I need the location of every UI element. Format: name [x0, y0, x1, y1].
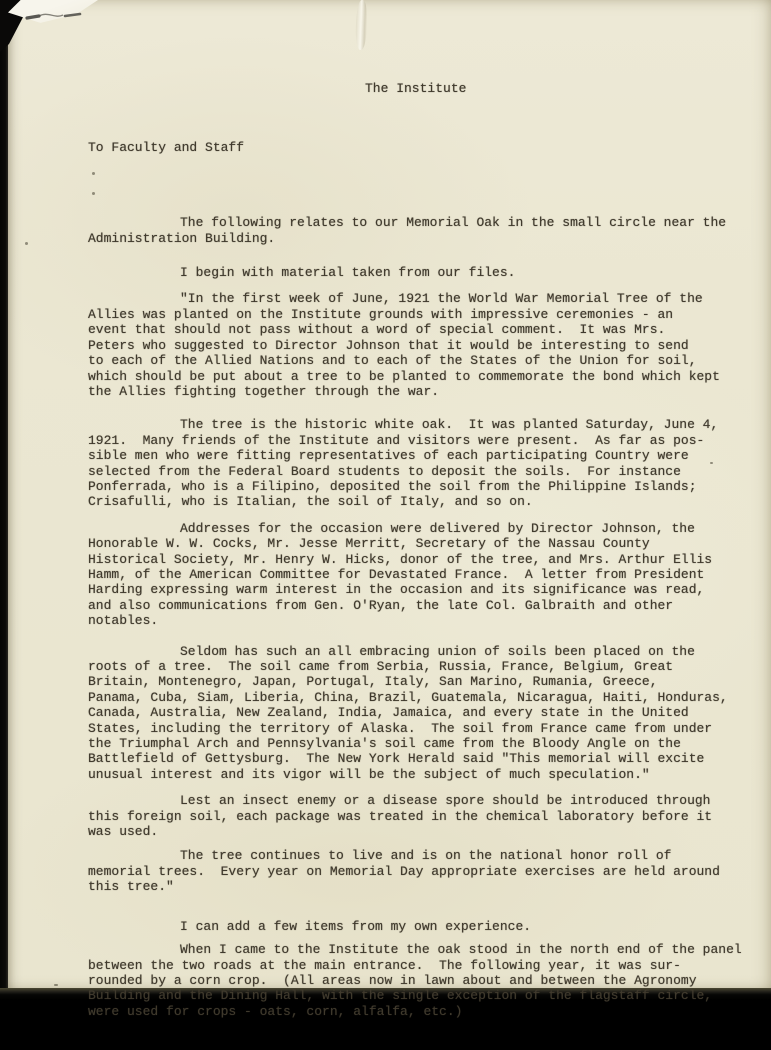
- paragraph: Addresses for the occasion were delivere…: [88, 521, 763, 629]
- text-line: roots of a tree. The soil came from Serb…: [88, 659, 763, 674]
- text-line: between the two roads at the main entran…: [88, 958, 763, 973]
- paragraph: I begin with material taken from our fil…: [88, 265, 763, 280]
- text-line: Peters who suggested to Director Johnson…: [88, 338, 763, 353]
- text-line: States, including the territory of Alask…: [88, 721, 763, 736]
- paper-speck: [25, 242, 28, 245]
- paragraph: The tree continues to live and is on the…: [88, 848, 763, 894]
- text-line: this foreign soil, each package was trea…: [88, 809, 763, 824]
- text-line: "In the first week of June, 1921 the Wor…: [88, 291, 763, 306]
- text-line: Battlefield of Gettysburg. The New York …: [88, 751, 763, 766]
- text-line: which should be put about a tree to be p…: [88, 369, 763, 384]
- paragraph: The tree is the historic white oak. It w…: [88, 417, 763, 509]
- text-line: Historical Society, Mr. Henry W. Hicks, …: [88, 552, 763, 567]
- text-line: Seldom has such an all embracing union o…: [88, 644, 763, 659]
- text-line: event that should not pass without a wor…: [88, 322, 763, 337]
- text-line: Crisafulli, who is Italian, the soil of …: [88, 494, 763, 509]
- text-line: selected from the Federal Board students…: [88, 464, 763, 479]
- paragraph: Lest an insect enemy or a disease spore …: [88, 793, 763, 839]
- text-line: I begin with material taken from our fil…: [88, 265, 763, 280]
- text-line: memorial trees. Every year on Memorial D…: [88, 864, 763, 879]
- text-line: I can add a few items from my own experi…: [88, 919, 763, 934]
- text-line: notables.: [88, 613, 763, 628]
- pencil-mark: [24, 8, 88, 24]
- text-line: Panama, Cuba, Siam, Liberia, China, Braz…: [88, 690, 763, 705]
- document-title: The Institute: [88, 81, 763, 96]
- text-line: When I came to the Institute the oak sto…: [88, 942, 763, 957]
- text-line: Lest an insect enemy or a disease spore …: [88, 793, 763, 808]
- paragraph: I can add a few items from my own experi…: [88, 919, 763, 934]
- text-line: rounded by a corn crop. (All areas now i…: [88, 973, 763, 988]
- paper-speck: [54, 984, 58, 986]
- text-line: The tree is the historic white oak. It w…: [88, 417, 763, 432]
- scanned-memo-page: The Institute To Faculty and Staff The f…: [0, 0, 771, 1000]
- document-body: The following relates to our Memorial Oa…: [88, 215, 763, 1000]
- text-line: 1921. Many friends of the Institute and …: [88, 433, 763, 448]
- text-line: Canada, Australia, New Zealand, India, J…: [88, 705, 763, 720]
- text-line: Addresses for the occasion were delivere…: [88, 521, 763, 536]
- text-line: this tree.": [88, 879, 763, 894]
- paragraph: When I came to the Institute the oak sto…: [88, 942, 763, 1000]
- text-line: Harding expressing warm interest in the …: [88, 582, 763, 597]
- paragraph: The following relates to our Memorial Oa…: [88, 215, 763, 246]
- text-line: Allies was planted on the Institute grou…: [88, 307, 763, 322]
- document-content: The Institute To Faculty and Staff The f…: [88, 0, 763, 1000]
- text-line: to each of the Allied Nations and to eac…: [88, 353, 763, 368]
- text-line: sible men who were fitting representativ…: [88, 448, 763, 463]
- text-line: Hamm, of the American Committee for Deva…: [88, 567, 763, 582]
- text-line: The following relates to our Memorial Oa…: [88, 215, 763, 230]
- text-line: the Triumphal Arch and Pennsylvania's so…: [88, 736, 763, 751]
- text-line: Building and the Dining Hall, with the s…: [88, 988, 763, 1000]
- text-line: the Allies fighting together through the…: [88, 384, 763, 399]
- paragraph: Seldom has such an all embracing union o…: [88, 644, 763, 783]
- text-line: Honorable W. W. Cocks, Mr. Jesse Merritt…: [88, 536, 763, 551]
- text-line: and also communications from Gen. O'Ryan…: [88, 598, 763, 613]
- text-line: Britain, Montenegro, Japan, Portugal, It…: [88, 674, 763, 689]
- text-line: unusual interest and its vigor will be t…: [88, 767, 763, 782]
- text-line: Administration Building.: [88, 231, 763, 246]
- text-line: was used.: [88, 824, 763, 839]
- text-line: Ponferrada, who is a Filipino, deposited…: [88, 479, 763, 494]
- salutation: To Faculty and Staff: [88, 140, 763, 155]
- scan-edge-left: [0, 0, 8, 1000]
- paragraph: "In the first week of June, 1921 the Wor…: [88, 291, 763, 399]
- text-line: The tree continues to live and is on the…: [88, 848, 763, 863]
